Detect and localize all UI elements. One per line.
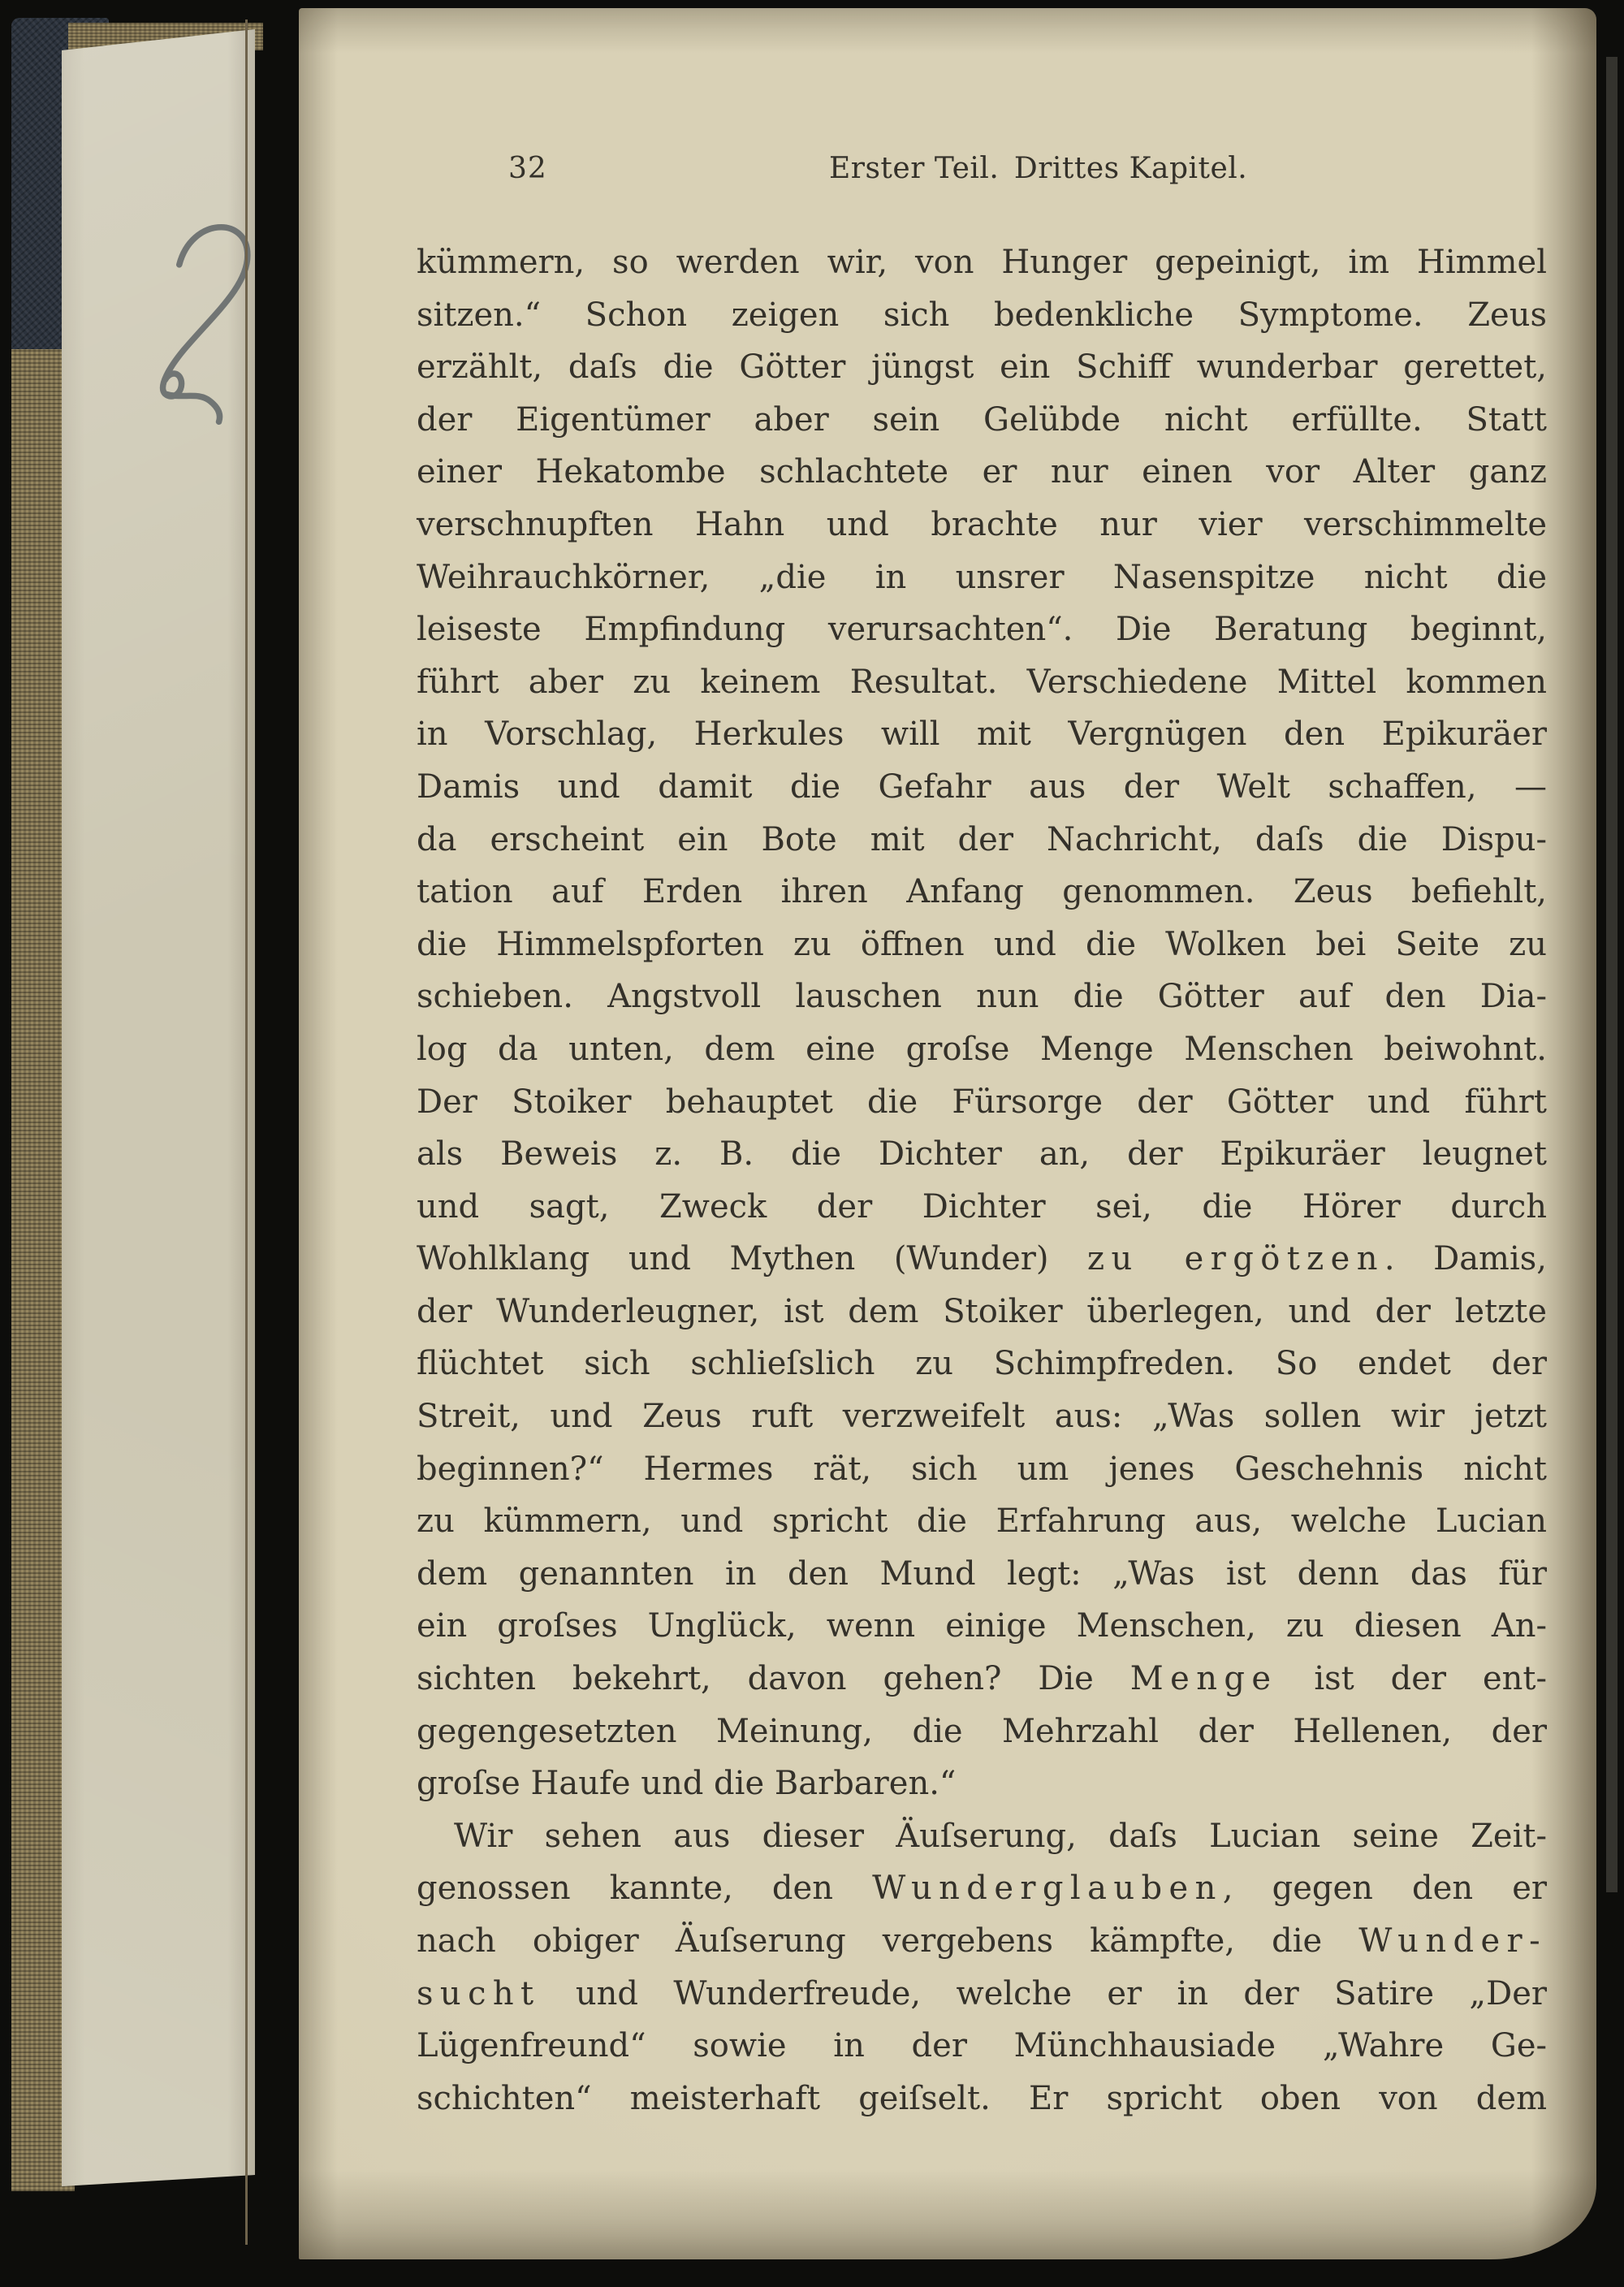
text-line: nach obiger Äuſserung vergebens kämpfte,…	[417, 1915, 1547, 1968]
text-line: erzählt, daſs die Götter jüngst ein Schi…	[417, 341, 1547, 394]
text-line: groſse Haufe und die Barbaren.“	[417, 1757, 1547, 1810]
text-line: gegengesetzten Meinung, die Mehrzahl der…	[417, 1706, 1547, 1758]
text-line: der Wunderleugner, ist dem Stoiker überl…	[417, 1286, 1547, 1338]
book-scan: 2 32 Erster Teil. Drittes Kapitel. kümme…	[0, 0, 1624, 2287]
text-line: genossen kannte, den Wunderglauben, gege…	[417, 1862, 1547, 1915]
text-line: führt aber zu keinem Resultat. Verschied…	[417, 656, 1547, 709]
text-block: 32 Erster Teil. Drittes Kapitel. kümmern…	[417, 150, 1547, 2125]
back-cover-edge	[1606, 57, 1618, 1892]
text-line: der Eigentümer aber sein Gelübde nicht e…	[417, 394, 1547, 447]
text-line: Wohlklang und Mythen (Wunder) zu ergötze…	[417, 1233, 1547, 1286]
text-line: sichten bekehrt, davon gehen? Die Menge …	[417, 1653, 1547, 1706]
text-line: und sagt, Zweck der Dichter sei, die Hör…	[417, 1181, 1547, 1234]
text-line: verschnupften Hahn und brachte nur vier …	[417, 499, 1547, 551]
text-line: Lügenfreund“ sowie in der Münchhausiade …	[417, 2020, 1547, 2073]
text-line: einer Hekatombe schlachtete er nur einen…	[417, 446, 1547, 499]
text-line: ein groſses Unglück, wenn einige Mensche…	[417, 1600, 1547, 1653]
text-line: dem genannten in den Mund legt: „Was ist…	[417, 1548, 1547, 1601]
text-line: kümmern, so werden wir, von Hunger gepei…	[417, 236, 1547, 289]
text-line: log da unten, dem eine groſse Menge Mens…	[417, 1023, 1547, 1076]
text-line: Wir sehen aus dieser Äuſserung, daſs Luc…	[417, 1810, 1547, 1863]
text-line: schieben. Angstvoll lauschen nun die Göt…	[417, 971, 1547, 1023]
text-line: Der Stoiker behauptet die Fürsorge der G…	[417, 1076, 1547, 1129]
text-line: schichten“ meisterhaft geiſselt. Er spri…	[417, 2073, 1547, 2125]
text-line: zu kümmern, und spricht die Erfahrung au…	[417, 1495, 1547, 1548]
text-line: Weihrauchkörner, „die in unsrer Nasenspi…	[417, 551, 1547, 604]
text-line: in Vorschlag, Herkules will mit Vergnüge…	[417, 708, 1547, 761]
text-line: leiseste Empfindung verursachten“. Die B…	[417, 603, 1547, 656]
text-line: da erscheint ein Bote mit der Nachricht,…	[417, 814, 1547, 867]
book-page: 32 Erster Teil. Drittes Kapitel. kümmern…	[299, 8, 1596, 2259]
text-line: tation auf Erden ihren Anfang genommen. …	[417, 866, 1547, 919]
running-header: Erster Teil. Drittes Kapitel.	[829, 150, 1247, 188]
body-text: kümmern, so werden wir, von Hunger gepei…	[417, 236, 1547, 2125]
text-line: Damis und damit die Gefahr aus der Welt …	[417, 761, 1547, 814]
text-line: Streit, und Zeus ruft verzweifelt aus: „…	[417, 1390, 1547, 1443]
text-line: sucht und Wunderfreude, welche er in der…	[417, 1968, 1547, 2021]
text-line: als Beweis z. B. die Dichter an, der Epi…	[417, 1128, 1547, 1181]
text-line: die Himmelspforten zu öffnen und die Wol…	[417, 919, 1547, 971]
text-line: sitzen.“ Schon zeigen sich bedenkliche S…	[417, 289, 1547, 342]
text-line: beginnen?“ Hermes rät, sich um jenes Ges…	[417, 1443, 1547, 1496]
text-line: flüchtet sich schlieſslich zu Schimpfred…	[417, 1338, 1547, 1390]
page-header: 32 Erster Teil. Drittes Kapitel.	[417, 150, 1547, 188]
page-number: 32	[508, 150, 547, 188]
